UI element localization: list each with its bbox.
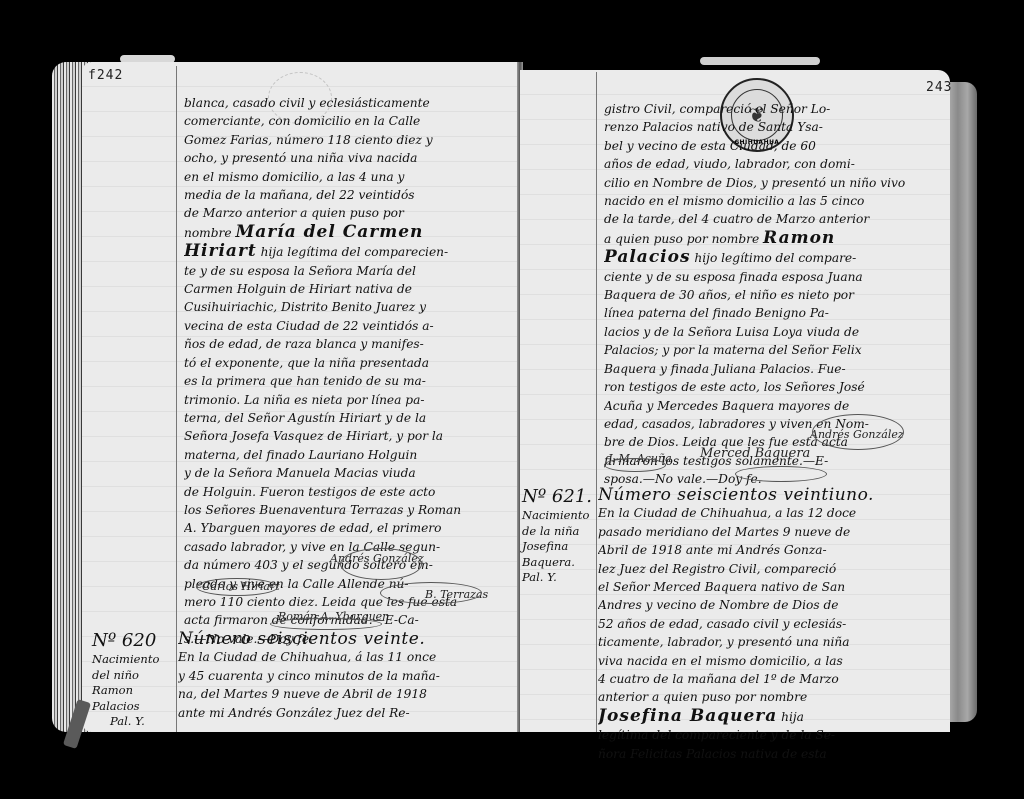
text-line: Señora Josefa Vasquez de Hiriart, y por …: [184, 427, 514, 445]
text-line: comerciante, con domicilio en la Calle: [184, 112, 514, 130]
signature-witness-2: Merced Baquera: [700, 446, 810, 461]
signature-flourish-icon: [812, 414, 904, 450]
text-line: lez Juez del Registro Civil, compareció: [598, 560, 943, 578]
text-line: años de edad, viudo, labrador, con domi-: [604, 155, 942, 173]
entry-620-text: Número seiscientos veinte. En la Ciudad …: [178, 630, 516, 722]
text-line: el Señor Merced Baquera nativo de San: [598, 578, 943, 596]
open-ledger-book: f242 blanca, casado civil y eclesiástica…: [0, 0, 1024, 799]
text-line: Acuña y Mercedes Baquera mayores de: [604, 397, 942, 415]
text-line: En la Ciudad de Chihuahua, á las 11 once: [178, 648, 516, 666]
entry-number: Nº 620: [92, 630, 159, 652]
child-surname: Hiriart: [184, 242, 257, 261]
text-line: cilio en Nombre de Dios, y presentó un n…: [604, 174, 942, 192]
text-line: de Holguin. Fueron testigos de este acto: [184, 483, 514, 501]
text-line: Baquera de 30 años, el niño es nieto por: [604, 286, 942, 304]
signature-flourish-icon: [735, 466, 827, 482]
text-line: línea paterna del finado Benigno Pa-: [604, 304, 942, 322]
text-line: Palacios; y por la materna del Señor Fel…: [604, 341, 942, 359]
text-line: y de la Señora Manuela Macias viuda: [184, 464, 514, 482]
child-name-line: a quien puso por nombre Ramon: [604, 229, 942, 248]
text-line: ron testigos de este acto, los Señores J…: [604, 378, 942, 396]
text-line: trimonio. La niña es nieta por línea pa-: [184, 391, 514, 409]
signature-flourish-icon: [340, 548, 422, 580]
child-name: María del Carmen: [235, 223, 423, 242]
text-line: Palacios hijo legítimo del compare-: [604, 248, 942, 267]
child-name-line: Josefina Baquera hija: [598, 707, 943, 726]
text-line: Andres y vecino de Nombre de Dios de: [598, 596, 943, 614]
text-line: En la Ciudad de Chihuahua, a las 12 doce: [598, 504, 943, 522]
signature-flourish-icon: [196, 578, 278, 596]
text-line: Cusihuiriachic, Distrito Benito Juarez y: [184, 298, 514, 316]
text-line: Baquera y finada Juliana Palacios. Fue-: [604, 360, 942, 378]
text-line: de la tarde, del 4 cuatro de Marzo anter…: [604, 210, 942, 228]
signature-flourish-icon: [380, 582, 482, 604]
text-line: 52 años de edad, casado civil y eclesiás…: [598, 615, 943, 633]
text-line: te y de su esposa la Señora María del: [184, 262, 514, 280]
child-name-line: nombre María del Carmen: [184, 223, 514, 242]
text-line: de Marzo anterior a quien puso por: [184, 204, 514, 222]
text-line: vecina de esta Ciudad de 22 veintidós a-: [184, 317, 514, 335]
signature-flourish-icon: [604, 458, 666, 472]
entry-heading: Número seiscientos veinte.: [178, 630, 516, 648]
entry-number: Nº 621.: [522, 486, 592, 508]
text-line: legítima del compareciente y de la Se-: [598, 726, 943, 744]
top-page-tab: [700, 57, 820, 65]
text-line: A. Ybarguen mayores de edad, el primero: [184, 519, 514, 537]
text-line: los Señores Buenaventura Terrazas y Roma…: [184, 501, 514, 519]
text-line: anterior a quien puso por nombre: [598, 688, 943, 706]
signature-flourish-icon: [270, 618, 382, 630]
text-line: es la primera que han tenido de su ma-: [184, 372, 514, 390]
text-line: renzo Palacios nativo de Santa Ysa-: [604, 118, 942, 136]
text-line: ocho, y presentó una niña viva nacida: [184, 149, 514, 167]
text-line: media de la mañana, del 22 veintidós: [184, 186, 514, 204]
text-line: ante mi Andrés González Juez del Re-: [178, 704, 516, 722]
right-page-number: 243: [926, 80, 952, 95]
text-line: Abril de 1918 ante mi Andrés Gonza-: [598, 541, 943, 559]
text-line: en el mismo domicilio, a las 4 una y: [184, 168, 514, 186]
text-line: Carmen Holguin de Hiriart nativa de: [184, 280, 514, 298]
text-line: na, del Martes 9 nueve de Abril de 1918: [178, 685, 516, 703]
text-line: pasado meridiano del Martes 9 nueve de: [598, 523, 943, 541]
text-line: ticamente, labrador, y presentó una niña: [598, 633, 943, 651]
text-line: ñora Felicitas Palacios nativa de esta: [598, 745, 943, 763]
text-line: Hiriart hija legítima del comparecien-: [184, 242, 514, 261]
text-line: viva nacida en el mismo domicilio, a las: [598, 652, 943, 670]
child-name: Ramon: [763, 229, 835, 248]
child-name: Josefina Baquera: [598, 707, 777, 726]
text-line: gistro Civil, compareció el Señor Lo-: [604, 100, 942, 118]
text-line: 4 cuatro de la mañana del 1º de Marzo: [598, 670, 943, 688]
text-line: terna, del Señor Agustín Hiriart y de la: [184, 409, 514, 427]
text-line: Gomez Farias, número 118 ciento diez y: [184, 131, 514, 149]
entry-621-margin: Nº 621. Nacimiento de la niña Josefina B…: [522, 486, 592, 586]
right-margin-rule: [596, 72, 597, 732]
text-line: materna, del finado Lauriano Holguin: [184, 446, 514, 464]
entry-621-text: Número seiscientos veintiuno. En la Ciud…: [598, 486, 943, 763]
text-line: bel y vecino de esta Ciudad, de 60: [604, 137, 942, 155]
entry-heading: Número seiscientos veintiuno.: [598, 486, 943, 504]
text-line: y 45 cuarenta y cinco minutos de la maña…: [178, 667, 516, 685]
text-line: tó el exponente, que la niña presentada: [184, 354, 514, 372]
text-line: ños de edad, de raza blanca y manifes-: [184, 335, 514, 353]
entry-620-margin: Nº 620 Nacimiento del niño Ramon Palacio…: [92, 630, 159, 730]
left-margin-rule: [176, 66, 177, 732]
text-line: ciente y de su esposa finada esposa Juan…: [604, 268, 942, 286]
text-line: nacido en el mismo domicilio a las 5 cin…: [604, 192, 942, 210]
left-page-number: f242: [88, 68, 123, 83]
child-surname: Palacios: [604, 248, 691, 267]
text-line: blanca, casado civil y eclesiásticamente: [184, 94, 514, 112]
text-line: lacios y de la Señora Luisa Loya viuda d…: [604, 323, 942, 341]
